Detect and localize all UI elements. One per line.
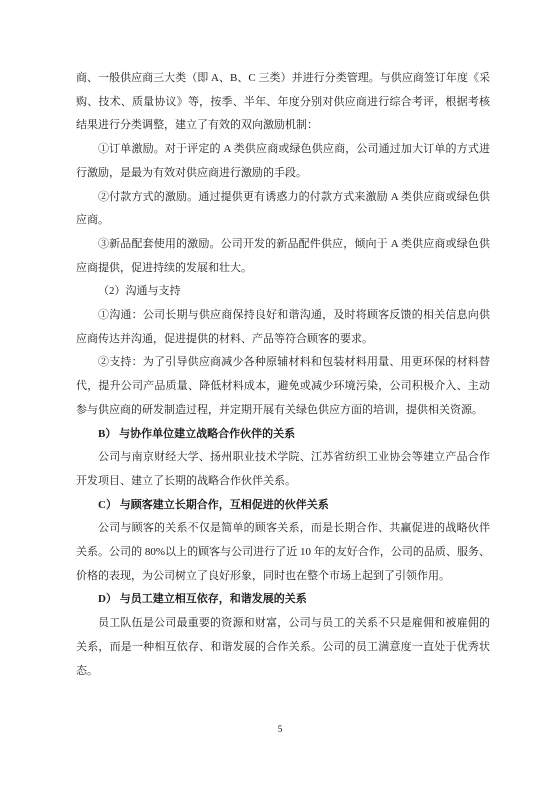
paragraph: ③新品配套使用的激励。公司开发的新品配件供应，倾向于 A 类供应商或绿色供应商提… — [76, 233, 490, 280]
page-number: 5 — [0, 724, 560, 736]
paragraph: 商、一般供应商三大类（即 A、B、C 三类）并进行分类管理。与供应商签订年度《采… — [76, 67, 490, 138]
section-heading: D） 与员工建立相互依存，和谐发展的关系 — [76, 588, 490, 612]
paragraph: ①沟通：公司长期与供应商保持良好和谐沟通，及时将顾客反馈的相关信息向供应商传达并… — [76, 304, 490, 351]
section-heading: B） 与协作单位建立战略合作伙伴的关系 — [76, 423, 490, 447]
section-heading: C） 与顾客建立长期合作，互相促进的伙伴关系 — [76, 494, 490, 518]
paragraph: 公司与顾客的关系不仅是简单的顾客关系，而是长期合作、共赢促进的战略伙伴关系。公司… — [76, 517, 490, 588]
document-page: 商、一般供应商三大类（即 A、B、C 三类）并进行分类管理。与供应商签订年度《采… — [0, 0, 560, 792]
paragraph: ①订单激励。对于评定的 A 类供应商或绿色供应商，公司通过加大订单的方式进行激励… — [76, 138, 490, 185]
paragraph: 员工队伍是公司最重要的资源和财富，公司与员工的关系不只是雇佣和被雇佣的关系，而是… — [76, 612, 490, 683]
paragraph: ②付款方式的激励。通过提供更有诱惑力的付款方式来激励 A 类供应商或绿色供应商。 — [76, 186, 490, 233]
paragraph: 公司与南京财经大学、扬州职业技术学院、江苏省纺织工业协会等建立产品合作开发项目、… — [76, 446, 490, 493]
text-block: 商、一般供应商三大类（即 A、B、C 三类）并进行分类管理。与供应商签订年度《采… — [76, 67, 490, 683]
paragraph: （2）沟通与支持 — [76, 280, 490, 304]
paragraph: ②支持：为了引导供应商减少各种原辅材料和包装材料用量、用更环保的材料替代，提升公… — [76, 351, 490, 422]
